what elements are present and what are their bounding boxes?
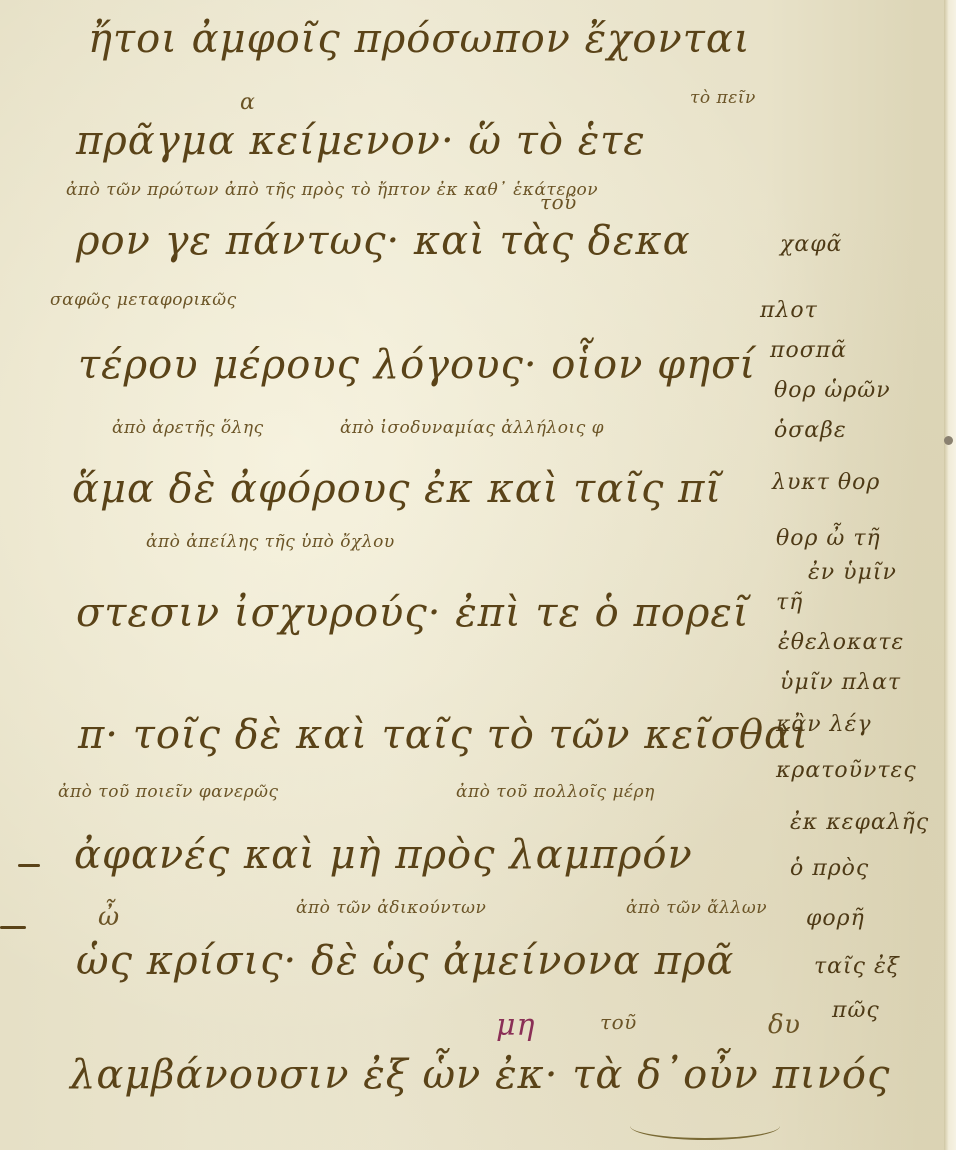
margin-note-8: ἐν ὑμῖν xyxy=(808,560,897,585)
superscript-1: α xyxy=(240,90,255,115)
gloss-4: ἀπὸ ἀρετῆς ὅλης xyxy=(112,418,264,438)
gloss-10: ἀπὸ τῶν ἄλλων xyxy=(626,898,767,918)
ink-spot xyxy=(944,436,953,445)
margin-dash xyxy=(0,926,26,929)
manuscript-page: ἤτοι ἀμφοῖς πρόσωπον ἔχονται πρᾶγμα κείμ… xyxy=(0,0,956,1150)
gloss-5: ἀπὸ ἰσοδυναμίας ἀλλήλοις φ xyxy=(340,418,604,438)
margin-note-13: κρατοῦντες xyxy=(776,758,917,783)
gloss-8: ἀπὸ τοῦ πολλοῖς μέρη xyxy=(456,782,655,802)
gloss-1: τὸ πεῖν xyxy=(690,88,756,108)
margin-note-5: ὁσαβε xyxy=(774,418,847,443)
gloss-2: ἀπὸ τῶν πρώτων ἀπὸ τῆς πρὸς τὸ ἤπτον ἐκ … xyxy=(66,180,598,200)
superscript-2: τοῦ xyxy=(540,190,577,214)
margin-note-12: κἂν λέγ xyxy=(776,712,872,737)
superscript-5: δυ xyxy=(768,1010,800,1040)
margin-note-6: λυκτ θορ xyxy=(772,470,880,495)
margin-note-3: ποσπᾶ xyxy=(770,338,847,363)
main-line-3: ρον γε πάντως· καὶ τὰς δεκα xyxy=(76,218,691,264)
margin-note-17: ταῖς ἐξ xyxy=(814,954,900,979)
main-line-6: στεσιν ἰσχυρούς· ἐπὶ τε ὁ πορεῖ xyxy=(76,590,750,636)
margin-note-15: ὁ πρὸς xyxy=(790,856,869,881)
margin-note-4: θορ ὡρῶν xyxy=(774,378,891,403)
page-edge xyxy=(944,0,956,1150)
margin-note-7: θορ ὦ τῆ xyxy=(776,526,881,551)
superscript-4: ὦ xyxy=(98,902,120,932)
main-line-8: ἀφανές καὶ μὴ πρὸς λαμπρόν xyxy=(74,832,693,878)
main-line-1: ἤτοι ἀμφοῖς πρόσωπον ἔχονται xyxy=(88,16,751,62)
main-line-9: ὡς κρίσις· δὲ ὡς ἀμείνονα πρᾶ xyxy=(76,938,734,984)
gloss-9: ἀπὸ τῶν ἀδικούντων xyxy=(296,898,486,918)
gloss-3: σαφῶς μεταφορικῶς xyxy=(50,290,237,310)
margin-note-10: ἐθελοκατε xyxy=(778,630,904,655)
gloss-6: ἀπὸ ἀπείλης τῆς ὑπὸ ὄχλου xyxy=(146,532,395,552)
decorative-flourish xyxy=(630,1112,780,1140)
main-line-10: λαμβάνουσιν ἐξ ὧν ἐκ· τὰ δ᾽οὖν πινός xyxy=(70,1052,890,1098)
margin-note-16: φορῆ xyxy=(806,906,865,931)
margin-note-9: τῆ xyxy=(776,590,803,615)
gloss-7: ἀπὸ τοῦ ποιεῖν φανερῶς xyxy=(58,782,279,802)
margin-dash xyxy=(18,864,40,867)
main-line-2: πρᾶγμα κείμενον· ὥ τὸ ἑτε xyxy=(76,118,646,164)
rubric-mark: μη xyxy=(496,1008,535,1043)
main-line-5: ἅμα δὲ ἀφόρους ἐκ καὶ ταῖς πῖ xyxy=(72,466,722,512)
margin-note-2: πλοτ xyxy=(760,298,818,323)
margin-note-1: χαφᾶ xyxy=(780,232,842,257)
main-line-4: τέρου μέρους λόγους· οἷον φησί xyxy=(78,342,756,388)
margin-note-11: ὑμῖν πλατ xyxy=(780,670,901,695)
superscript-3: τοῦ xyxy=(600,1010,637,1034)
margin-note-14: ἐκ κεφαλῆς xyxy=(790,810,929,835)
margin-note-18: πῶς xyxy=(832,998,880,1023)
main-line-7: π· τοῖς δὲ καὶ ταῖς τὸ τῶν κεῖσθαι xyxy=(78,712,809,758)
